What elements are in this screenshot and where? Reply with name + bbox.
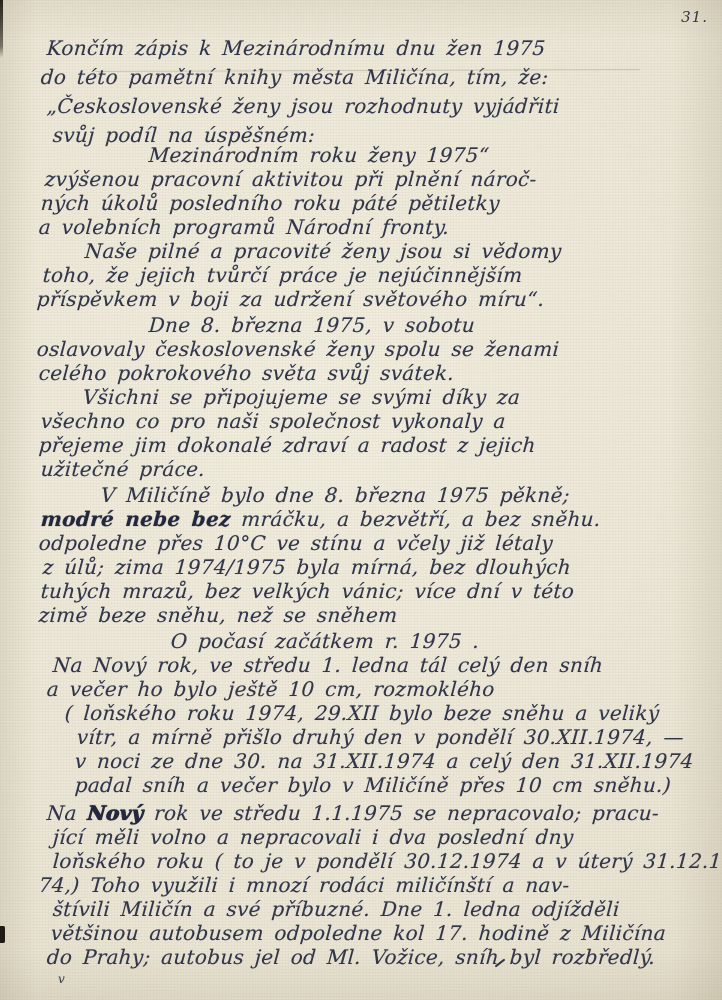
handwritten-segment: Nový <box>87 801 145 825</box>
handwritten-line: 74,) Toho využili i mnozí rodáci miličín… <box>38 873 722 897</box>
handwritten-line: a volebních programů Národní fronty. <box>38 215 722 239</box>
handwritten-line: „Československé ženy jsou rozhodnuty vyj… <box>46 94 722 118</box>
handwritten-line: Naše pilné a pracovité ženy jsou si vědo… <box>84 239 722 263</box>
handwritten-segment: rok ve středu 1.1.1975 se nepracovalo; p… <box>143 801 660 825</box>
handwritten-line: Končím zápis k Mezinárodnímu dnu žen 197… <box>46 36 722 60</box>
handwritten-line: Všichni se připojujeme se svými díky za <box>82 385 722 409</box>
handwritten-line: celého pokrokového světa svůj svátek. <box>38 361 722 385</box>
handwritten-line: modré nebe bez mráčku, a bezvětří, a bez… <box>40 507 722 531</box>
handwritten-segment: modré nebe bez <box>40 507 232 531</box>
handwritten-line: Na Nový rok ve středu 1.1.1975 se neprac… <box>46 801 722 825</box>
handwritten-line: Dne 8. března 1975, v sobotu <box>148 313 722 337</box>
manuscript-lines: Končím zápis k Mezinárodnímu dnu žen 197… <box>0 36 722 969</box>
handwritten-line: Na Nový rok, ve středu 1. ledna tál celý… <box>52 653 722 677</box>
manuscript-page: 31. Končím zápis k Mezinárodnímu dnu žen… <box>0 0 722 1000</box>
handwritten-line: všechno co pro naši společnost vykonaly … <box>40 409 722 433</box>
handwritten-line: odpoledne přes 10°C ve stínu a včely již… <box>38 531 722 555</box>
handwritten-line: ( loňského roku 1974, 29.XII bylo beze s… <box>64 701 722 725</box>
handwritten-line: do této pamětní knihy města Miličína, tí… <box>40 65 722 89</box>
handwritten-line: Mezinárodním roku ženy 1975“ <box>148 143 722 167</box>
handwritten-line: a večer ho bylo ještě 10 cm, rozmoklého <box>46 677 722 701</box>
handwritten-line: zvýšenou pracovní aktivitou při plnění n… <box>44 167 722 191</box>
handwritten-line: jící měli volno a nepracovali i dva posl… <box>52 825 722 849</box>
handwritten-line: užitečné práce. <box>40 457 722 481</box>
handwritten-line: vítr, a mírně přišlo druhý den v pondělí… <box>76 725 722 749</box>
page-number: 31. <box>681 8 708 26</box>
handwritten-segment: mráčku, a bezvětří, a bez sněhu. <box>230 507 602 531</box>
handwritten-line: z úlů; zima 1974/1975 byla mírná, bez dl… <box>42 555 722 579</box>
handwritten-line: V Miličíně bylo dne 8. března 1975 pěkně… <box>100 483 722 507</box>
handwritten-line: většinou autobusem odpoledne kol 17. hod… <box>50 921 722 945</box>
handwritten-line: příspěvkem v boji za udržení světového m… <box>36 287 722 311</box>
handwritten-line: štívili Miličín a své příbuzné. Dne 1. l… <box>52 897 722 921</box>
handwritten-line: O počasí začátkem r. 1975 . <box>170 629 722 653</box>
handwritten-line: oslavovaly československé ženy spolu se … <box>36 337 722 361</box>
handwritten-line: tuhých mrazů, bez velkých vánic; více dn… <box>40 579 722 603</box>
handwritten-line: zimě beze sněhu, než se sněhem <box>38 603 722 627</box>
handwritten-line: do Prahy; autobus jel od Ml. Vožice, sní… <box>46 945 722 969</box>
handwritten-line: přejeme jim dokonalé zdraví a radost z j… <box>38 433 722 457</box>
handwritten-line: v noci ze dne 30. na 31.XII.1974 a celý … <box>74 749 722 773</box>
check-mark: v <box>58 972 65 986</box>
handwritten-line: padal sníh a večer bylo v Miličíně přes … <box>74 773 722 797</box>
handwritten-segment: Na <box>46 801 88 825</box>
handwritten-line: toho, že jejich tvůrčí práce je nejúčinn… <box>42 263 722 287</box>
handwritten-line: loňského roku ( to je v pondělí 30.12.19… <box>52 849 722 873</box>
handwritten-line: ných úkolů posledního roku páté pětiletk… <box>40 191 722 215</box>
